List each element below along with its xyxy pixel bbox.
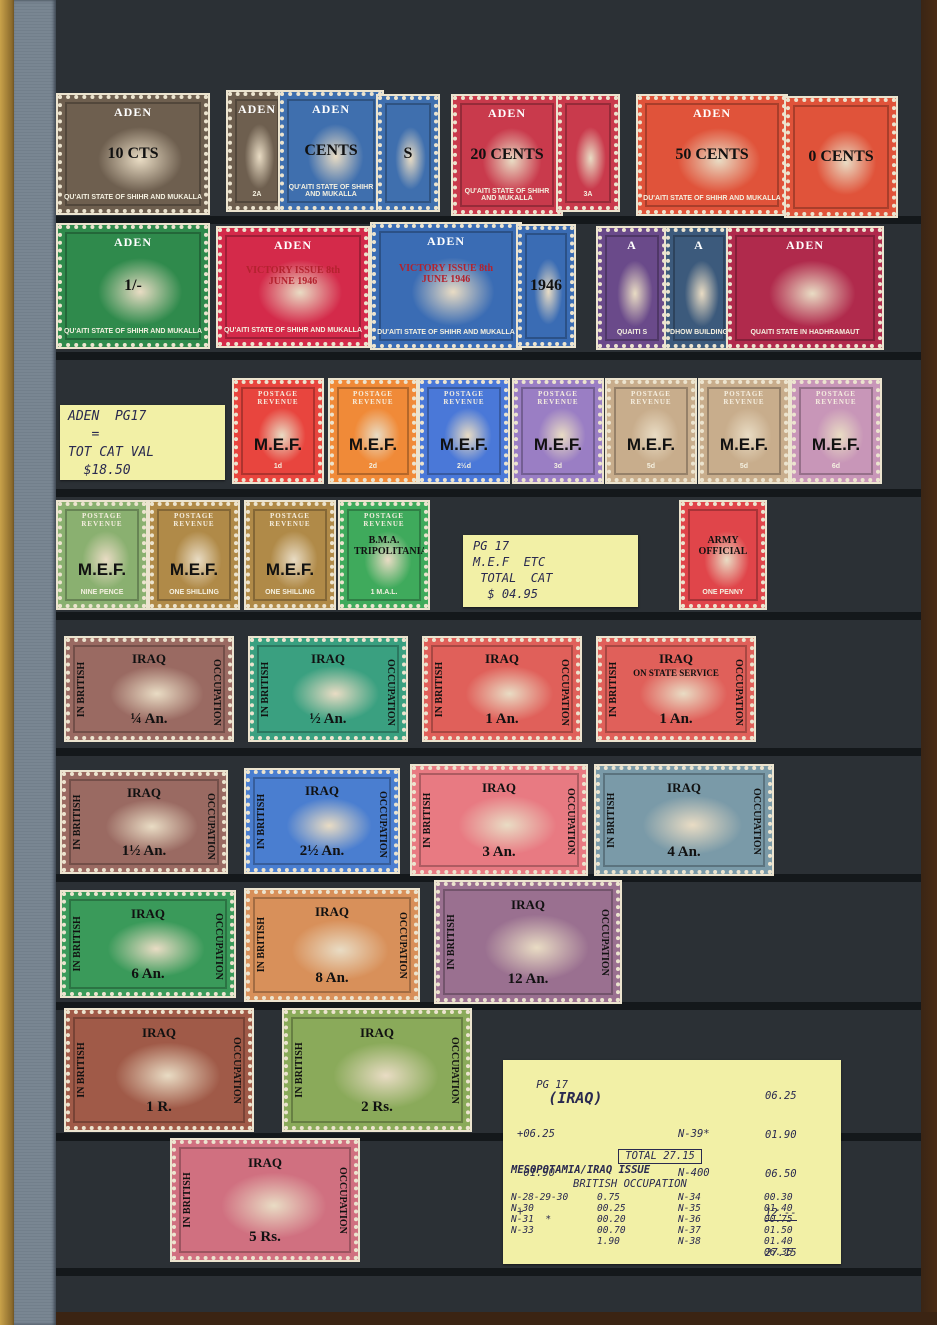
stamp-country: ADEN (457, 106, 557, 121)
note-catalog-value: 01.40 (764, 1236, 793, 1247)
stamp-denomination: 5d (704, 463, 784, 470)
overprint-right: OCCUPATION (562, 788, 576, 852)
overprint-country: IRAQ (600, 780, 768, 796)
overprint: M.E.F. (238, 435, 318, 455)
strip (56, 489, 921, 497)
overprint-country: IRAQ (250, 904, 414, 920)
note-table-row: N-3801.40 (678, 1236, 793, 1247)
stamp-country: ADEN (642, 106, 782, 121)
stamp: POSTAGE REVENUEM.E.F.ONE SHILLING (246, 502, 334, 608)
stamp-denomination: QUAITI S (602, 329, 662, 336)
album-bottom-edge (56, 1312, 937, 1325)
stamp-country: ADEN (232, 102, 282, 117)
stamp-denomination: QU'AITI STATE OF SHIHR AND MUKALLA (62, 194, 204, 201)
overprint: M.E.F. (796, 435, 876, 455)
stamp-denomination: QU'AITI STATE OF SHIHR AND MUKALLA (457, 188, 557, 202)
overprint-value: 1 R. (70, 1099, 248, 1116)
overprint: 1946 (522, 277, 570, 295)
note-table-row: N-31 *00.20 (511, 1214, 626, 1225)
overprint: 50 CENTS (642, 146, 782, 164)
stamp-country: POSTAGE REVENUE (334, 390, 412, 406)
stamp-denomination: 2A (232, 191, 282, 198)
stamp: IRAQIN BRITISHOCCUPATION12 An. (436, 882, 620, 1002)
stamp-country: ADEN (732, 238, 878, 253)
overprint: 1/- (62, 277, 204, 295)
stamp-country: A (602, 238, 662, 253)
note-line: ADEN PG17 (68, 408, 217, 426)
note-table-row: 1.90 (511, 1236, 626, 1247)
overprint-right: OCCUPATION (228, 1034, 242, 1106)
stamp-denomination: 1 M.A.L. (344, 589, 424, 596)
note-table-row: N-3701.50 (678, 1225, 793, 1236)
stamp-country: ADEN (376, 234, 516, 249)
note-line: 06.50 (765, 1168, 797, 1181)
note-table-left: N-28-29-300.75N-3000.25N-31 *00.20N-3300… (511, 1192, 626, 1247)
overprint-country: IRAQ (428, 651, 576, 667)
stamp: POSTAGE REVENUEM.E.F.5d (607, 380, 695, 482)
stamp: ADEN10 CTSQU'AITI STATE OF SHIHR AND MUK… (58, 95, 208, 213)
album-binding (14, 0, 56, 1325)
stamp-denomination: 1d (238, 463, 318, 470)
note-line: 06.25 (765, 1090, 797, 1103)
note-line: TOT CAT VAL (68, 444, 217, 462)
overprint-right: OCCUPATION (596, 906, 610, 978)
stamp-country: POSTAGE REVENUE (62, 512, 142, 528)
stamp: IRAQIN BRITISHOCCUPATION1 R. (66, 1010, 252, 1130)
stamp-denomination: NINE PENCE (62, 589, 142, 596)
note-table-row: N-28-29-300.75 (511, 1192, 626, 1203)
stamp-country: ADEN (284, 102, 378, 117)
overprint-country: IRAQ (70, 1025, 248, 1041)
note-catalog-value: 01.50 (764, 1225, 793, 1236)
overprint-right: OCCUPATION (446, 1034, 460, 1106)
overprint: M.E.F. (518, 435, 598, 455)
stamp-country: POSTAGE REVENUE (344, 512, 424, 528)
stamp: IRAQIN BRITISHOCCUPATION5 Rs. (172, 1140, 358, 1260)
note-line: +06.25 (517, 1128, 555, 1141)
stamp-country: POSTAGE REVENUE (250, 512, 330, 528)
overprint-right: OCCUPATION (334, 1164, 348, 1236)
stamp: POSTAGE REVENUEM.E.F.1d (234, 380, 322, 482)
note-line: = (68, 426, 217, 444)
stamp: POSTAGE REVENUEM.E.F.3d (514, 380, 602, 482)
overprint: VICTORY ISSUE 8th JUNE 1946 (376, 263, 516, 285)
overprint-value: 5 Rs. (176, 1229, 354, 1246)
note-catalog-value: 00.25 (597, 1203, 626, 1214)
note-table-row: N-3400.30 (678, 1192, 793, 1203)
overprint-left: IN BRITISH (182, 1164, 196, 1236)
overprint-left: IN BRITISH (256, 912, 270, 977)
note-line: $ 04.95 (473, 586, 628, 602)
stamp-country: POSTAGE REVENUE (154, 512, 234, 528)
note-catalog-number: N-30 (511, 1203, 597, 1214)
stamp: ADENVICTORY ISSUE 8th JUNE 1946DU'AITI S… (372, 224, 520, 348)
stamp-denomination: 3A (562, 191, 614, 198)
note-line: $18.50 (68, 462, 217, 480)
note-catalog-number: N-38 (678, 1236, 764, 1247)
overprint: B.M.A. TRIPOLITANIA (344, 535, 424, 557)
overprint-country: IRAQ (66, 785, 222, 801)
stamp-denomination: ONE SHILLING (250, 589, 330, 596)
stamp: IRAQIN BRITISHOCCUPATION1½ An. (62, 772, 226, 872)
stamp-denomination: QUAITI STATE IN HADHRAMAUT (732, 329, 878, 336)
stamp: IRAQIN BRITISHOCCUPATION2½ An. (246, 770, 398, 872)
strip (56, 352, 921, 360)
overprint: M.E.F. (250, 560, 330, 580)
note-subtitle: BRITISH OCCUPATION (573, 1178, 687, 1191)
stamp: POSTAGE REVENUEM.E.F.ONE SHILLING (150, 502, 238, 608)
strip (56, 612, 921, 620)
overprint-country: IRAQ (416, 780, 582, 796)
stamp-denomination: QU'AITI STATE OF SHIHR AND MUKALLA (62, 328, 204, 335)
stamp-denomination: 2½d (424, 463, 504, 470)
stamp-country: POSTAGE REVENUE (611, 390, 691, 406)
overprint-left: IN BRITISH (294, 1034, 308, 1106)
note-line: TOTAL CAT (473, 570, 628, 586)
note-table-row: N-3000.25 (511, 1203, 626, 1214)
overprint-value: 8 An. (250, 970, 414, 987)
stamp: POSTAGE REVENUEM.E.F.5d (700, 380, 788, 482)
stamp: IRAQIN BRITISHOCCUPATION¼ An. (66, 638, 232, 740)
stamp-country: POSTAGE REVENUE (238, 390, 318, 406)
stamp: ADEN50 CENTSDU'AITI STATE OF SHIHR AND M… (638, 96, 786, 214)
stamp: IRAQIN BRITISHOCCUPATION4 An. (596, 766, 772, 874)
note-catalog-number: N-34 (678, 1192, 764, 1203)
overprint: 0 CENTS (790, 148, 892, 166)
stamp: S (378, 96, 438, 210)
strip (56, 1002, 921, 1010)
strip (56, 874, 921, 882)
overprint-value: 1 An. (428, 711, 576, 728)
overprint-value: ¼ An. (70, 711, 228, 728)
overprint-value: ½ An. (254, 711, 402, 728)
note-line: 01.90 (765, 1129, 797, 1142)
note-iraq-total: PG 17 (IRAQ) +06.25 01.90 + N-39* N-400 … (503, 1060, 841, 1264)
stamp-denomination: DHOW BUILDING (670, 329, 728, 336)
stamp-denomination: DU'AITI STATE OF SHIHR AND MUKALLA (376, 329, 516, 336)
overprint-left: IN BRITISH (446, 906, 460, 978)
stamp-denomination: DU'AITI STATE OF SHIHR AND MUKALLA (642, 195, 782, 202)
note-line: PG 17 (473, 538, 628, 554)
stamp: IRAQIN BRITISHOCCUPATION1 An.ON STATE SE… (598, 638, 754, 740)
overprint: M.E.F. (611, 435, 691, 455)
note-catalog-number: N-33 (511, 1225, 597, 1236)
note-catalog-number: N-37 (678, 1225, 764, 1236)
stamp: IRAQIN BRITISHOCCUPATION½ An. (250, 638, 406, 740)
overprint-country: IRAQ (288, 1025, 466, 1041)
overprint-country: IRAQ (602, 651, 750, 667)
overprint-country: IRAQ (70, 651, 228, 667)
stamp: 3A (558, 96, 618, 210)
overprint: M.E.F. (704, 435, 784, 455)
overprint-value: 4 An. (600, 844, 768, 861)
overprint: VICTORY ISSUE 8th JUNE 1946 (222, 265, 364, 287)
stamp-country: ADEN (62, 235, 204, 250)
stamp: ADENQUAITI STATE IN HADHRAMAUT (728, 228, 882, 348)
note-catalog-value: 00.20 (597, 1214, 626, 1225)
note-catalog-value: 01.40 (764, 1203, 793, 1214)
album-edge (921, 0, 937, 1325)
note-catalog-value: 0.75 (597, 1192, 620, 1203)
note-catalog-number: N-35 (678, 1203, 764, 1214)
note-table-row: N-3300.70 (511, 1225, 626, 1236)
overprint-value: 2½ An. (250, 843, 394, 860)
strip (56, 216, 921, 224)
stamp-country: POSTAGE REVENUE (424, 390, 504, 406)
stamp-denomination: ONE SHILLING (154, 589, 234, 596)
overprint-country: IRAQ (66, 906, 230, 922)
overprint-value: 3 An. (416, 844, 582, 861)
overprint-value: 1 An. (602, 711, 750, 728)
overprint-left: IN BRITISH (422, 788, 436, 852)
note-catalog-value: 1.90 (597, 1236, 620, 1247)
overprint-country: IRAQ (440, 897, 616, 913)
stamp-country: POSTAGE REVENUE (704, 390, 784, 406)
overprint: ARMY OFFICIAL (685, 535, 761, 557)
stamp: 1946 (518, 226, 574, 346)
stamp: ADHOW BUILDING (666, 228, 732, 348)
note-catalog-value: 00.70 (597, 1225, 626, 1236)
note-catalog-value: 06.35 (764, 1247, 793, 1258)
stamp-country: POSTAGE REVENUE (518, 390, 598, 406)
stamp-denomination: 2d (334, 463, 412, 470)
stamp: ADENVICTORY ISSUE 8th JUNE 1946QU'AITI S… (218, 228, 368, 346)
overprint: 20 CENTS (457, 146, 557, 164)
note-catalog-value: 00.75 (764, 1214, 793, 1225)
stamp: IRAQIN BRITISHOCCUPATION6 An. (62, 892, 234, 996)
stamp: IRAQIN BRITISHOCCUPATION3 An. (412, 766, 586, 874)
stamp-country: POSTAGE REVENUE (796, 390, 876, 406)
overprint: M.E.F. (154, 560, 234, 580)
overprint: S (382, 145, 434, 163)
stamp: ADEN20 CENTSQU'AITI STATE OF SHIHR AND M… (453, 96, 561, 214)
note-catalog-number: N-31 * (511, 1214, 597, 1225)
note-table-row: N-3600.75 (678, 1214, 793, 1225)
overprint: M.E.F. (334, 435, 412, 455)
overprint-value: 1½ An. (66, 843, 222, 860)
stamp-country: A (670, 238, 728, 253)
stamp: POSTAGE REVENUEB.M.A. TRIPOLITANIA1 M.A.… (340, 502, 428, 608)
overprint-left: IN BRITISH (76, 1034, 90, 1106)
stamp: 0 CENTS (786, 98, 896, 216)
stamp: ADEN1/-QU'AITI STATE OF SHIHR AND MUKALL… (58, 225, 208, 347)
stamp-frame (565, 103, 611, 203)
overprint: 10 CTS (62, 145, 204, 163)
note-title: (IRAQ) (548, 1089, 602, 1107)
stamp-country: ADEN (222, 238, 364, 253)
overprint: CENTS (284, 142, 378, 160)
stamp: POSTAGE REVENUEM.E.F.2½d (420, 380, 508, 482)
note-catalog-number: N-28-29-30 (511, 1192, 597, 1203)
stamp-denomination: 3d (518, 463, 598, 470)
stamp: ADENCENTSQU'AITI STATE OF SHIHR AND MUKA… (280, 92, 382, 210)
stamp: ADEN2A (228, 92, 286, 210)
stamp-country: ADEN (62, 105, 204, 120)
stamp-denomination: 5d (611, 463, 691, 470)
note-catalog-number: N-36 (678, 1214, 764, 1225)
overprint-country: IRAQ (254, 651, 402, 667)
overprint-value: 2 Rs. (288, 1099, 466, 1116)
overprint-service: ON STATE SERVICE (602, 668, 750, 678)
note-line: M.E.F ETC (473, 554, 628, 570)
note-table-row: 06.35 (678, 1247, 793, 1258)
overprint-value: 12 An. (440, 971, 616, 988)
note-aden-total: ADEN PG17 = TOT CAT VAL $18.50 (60, 405, 225, 480)
overprint-right: OCCUPATION (748, 788, 762, 852)
stamp: IRAQIN BRITISHOCCUPATION2 Rs. (284, 1010, 470, 1130)
note-total-box: TOTAL 27.15 (618, 1149, 702, 1164)
stamp: POSTAGE REVENUEM.E.F.6d (792, 380, 880, 482)
overprint: M.E.F. (424, 435, 504, 455)
overprint-left: IN BRITISH (606, 788, 620, 852)
note-subtitle: MESOPOTAMIA/IRAQ ISSUE (511, 1164, 650, 1177)
stamp: POSTAGE REVENUEM.E.F.NINE PENCE (58, 502, 146, 608)
strip (56, 748, 921, 756)
overprint-value: 6 An. (66, 966, 230, 983)
stamp-denomination: 6d (796, 463, 876, 470)
overprint-country: IRAQ (250, 783, 394, 799)
stamp: IRAQIN BRITISHOCCUPATION1 An. (424, 638, 580, 740)
stamp-denomination: QU'AITI STATE OF SHIHR AND MUKALLA (284, 184, 378, 198)
overprint: M.E.F. (62, 560, 142, 580)
stamp: ARMY OFFICIALONE PENNY (681, 502, 765, 608)
stamp-denomination: QU'AITI STATE OF SHIHR AND MUKALLA (222, 327, 364, 334)
stamp-denomination: ONE PENNY (685, 589, 761, 596)
stamp: AQUAITI S (598, 228, 666, 348)
stamp: POSTAGE REVENUEM.E.F.2d (330, 380, 416, 482)
note-catalog-value: 00.30 (764, 1192, 793, 1203)
note-mef-total: PG 17 M.E.F ETC TOTAL CAT $ 04.95 (463, 535, 638, 607)
stamp: IRAQIN BRITISHOCCUPATION8 An. (246, 890, 418, 1000)
overprint-country: IRAQ (176, 1155, 354, 1171)
overprint-right: OCCUPATION (394, 912, 408, 977)
note-table-right: N-3400.30N-3501.40N-3600.75N-3701.50N-38… (678, 1192, 793, 1258)
note-table-row: N-3501.40 (678, 1203, 793, 1214)
